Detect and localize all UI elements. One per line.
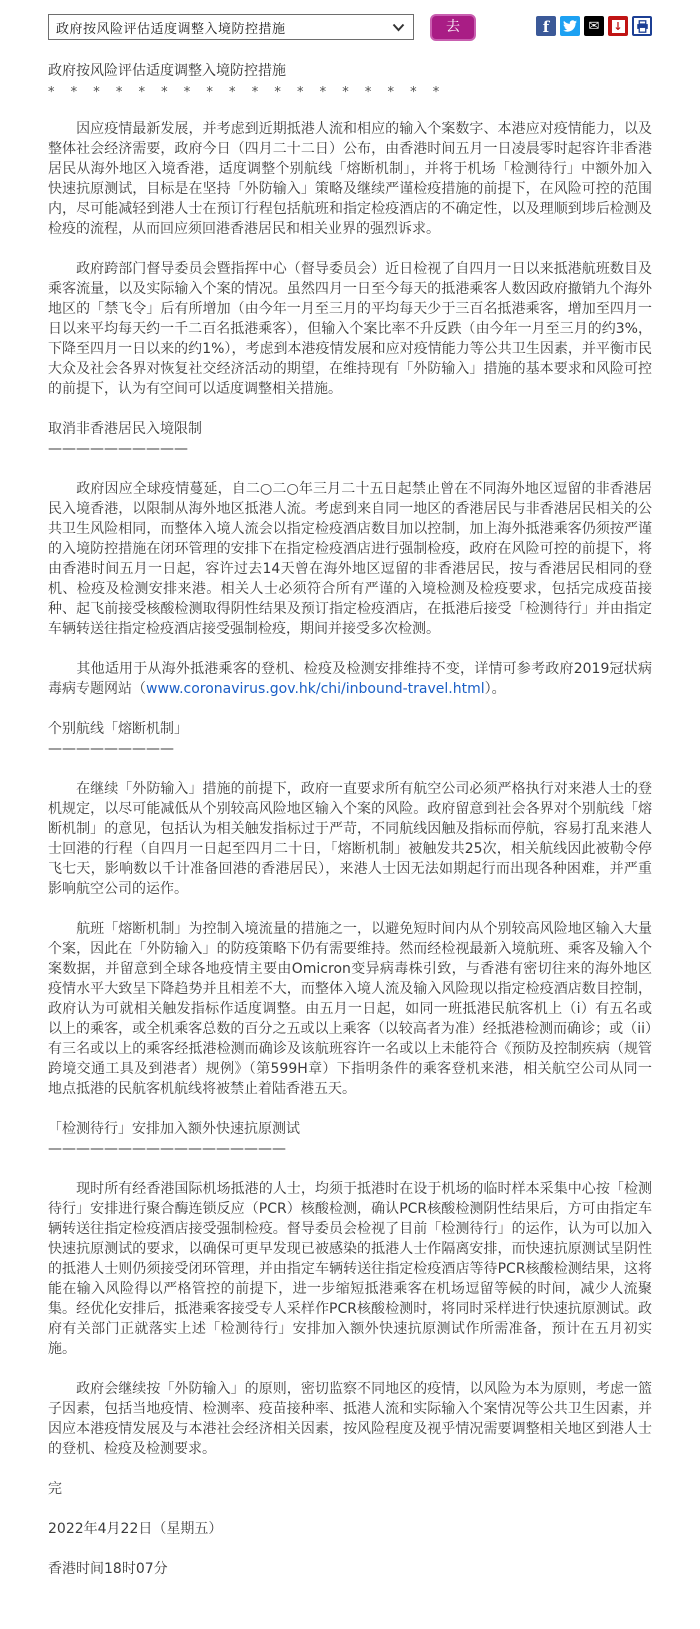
section-heading-circuit-breaker: 个别航线「熔断机制」 <box>48 719 652 739</box>
section-heading-cancel-entry-ban: 取消非香港居民入境限制 <box>48 419 652 439</box>
section-heading-underline: ————————— <box>48 739 652 759</box>
envelope-glyph: ✉ <box>589 19 600 34</box>
paragraph-2: 政府跨部门督导委员会暨指挥中心（督导委员会）近日检视了自四月一日以来抵港航班数目… <box>48 259 652 399</box>
article-title: 政府按风险评估适度调整入境防控措施 <box>48 61 652 81</box>
print-share-icon[interactable] <box>632 16 652 36</box>
paragraph-4: 其他适用于从海外抵港乘客的登机、检疫及检测安排维持不变，详情可参考政府2019冠… <box>48 659 652 699</box>
press-release-article: 政府按风险评估适度调整入境防控措施 * * * * * * * * * * * … <box>48 61 652 1579</box>
save-share-icon[interactable]: ↓ <box>608 16 628 36</box>
facebook-share-icon[interactable]: f <box>536 16 556 36</box>
paragraph-6: 航班「熔断机制」为控制入境流量的措施之一，以避免短时间内从个别较高风险地区输入大… <box>48 919 652 1099</box>
printer-glyph <box>636 20 649 33</box>
release-time: 香港时间18时07分 <box>48 1559 652 1579</box>
coronavirus-website-link[interactable]: www.coronavirus.gov.hk/chi/inbound-trave… <box>146 681 485 697</box>
share-icons-row: f ✉ ↓ <box>536 14 652 36</box>
toolbar: 政府按风险评估适度调整入境防控措施 去 f ✉ ↓ <box>48 14 652 41</box>
download-arrow-glyph: ↓ <box>612 20 625 33</box>
section-heading-test-and-hold: 「检测待行」安排加入额外快速抗原测试 <box>48 1119 652 1139</box>
title-separator-stars: * * * * * * * * * * * * * * * * * * <box>48 83 652 103</box>
press-release-page: 政府按风险评估适度调整入境防控措施 去 f ✉ ↓ <box>0 0 700 1629</box>
press-release-dropdown[interactable]: 政府按风险评估适度调整入境防控措施 <box>48 14 414 40</box>
chevron-down-icon <box>392 23 405 32</box>
dropdown-selected-text: 政府按风险评估适度调整入境防控措施 <box>56 18 286 37</box>
facebook-f-glyph: f <box>543 19 549 36</box>
email-share-icon[interactable]: ✉ <box>584 16 604 36</box>
paragraph-5: 在继续「外防输入」措施的前提下，政府一直要求所有航空公司必须严格执行对来港人士的… <box>48 779 652 899</box>
paragraph-3: 政府因应全球疫情蔓延，自二○二○年三月二十五日起禁止曾在不同海外地区逗留的非香港… <box>48 479 652 639</box>
twitter-share-icon[interactable] <box>560 16 580 36</box>
paragraph-4-post: ）。 <box>485 681 506 697</box>
release-date: 2022年4月22日（星期五） <box>48 1519 652 1539</box>
paragraph-7: 现时所有经香港国际机场抵港的人士，均须于抵港时在设于机场的临时样本采集中心按「检… <box>48 1179 652 1359</box>
paragraph-8: 政府会继续按「外防输入」的原则，密切监察不同地区的疫情，以风险为本为原则，考虑一… <box>48 1379 652 1459</box>
paragraph-1: 因应疫情最新发展，并考虑到近期抵港人流和相应的输入个案数字、本港应对疫情能力，以… <box>48 119 652 239</box>
end-mark: 完 <box>48 1479 652 1499</box>
section-heading-underline: —————————— <box>48 439 652 459</box>
twitter-bird-glyph <box>563 20 577 32</box>
go-button[interactable]: 去 <box>430 14 476 41</box>
section-heading-underline: ————————————————— <box>48 1139 652 1159</box>
